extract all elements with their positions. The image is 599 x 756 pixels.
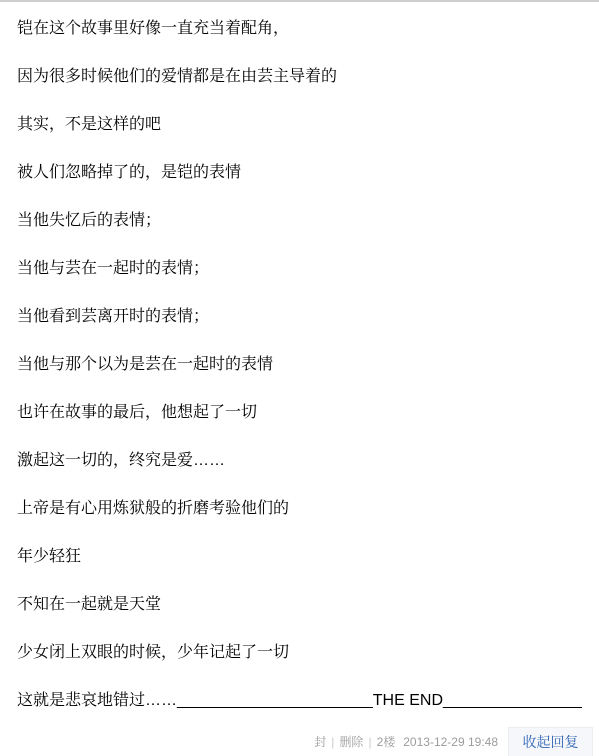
post-line: 其实，不是这样的吧 xyxy=(17,113,582,137)
post-line: 当他失忆后的表情； xyxy=(17,209,582,233)
post-content: 铠在这个故事里好像一直充当着配角， 因为很多时候他们的爱情都是在由芸主导着的 其… xyxy=(0,2,599,713)
post-line: 当他与那个以为是芸在一起时的表情 xyxy=(17,353,582,377)
post-line-the-end: 这就是悲哀地错过……______________________THE END_… xyxy=(17,689,582,713)
post-line: 因为很多时候他们的爱情都是在由芸主导着的 xyxy=(17,65,582,89)
post-line: 年少轻狂 xyxy=(17,545,582,569)
post-line: 少女闭上双眼的时候，少年记起了一切 xyxy=(17,641,582,665)
ban-link[interactable]: 封 xyxy=(314,735,326,749)
post-line: 不知在一起就是天堂 xyxy=(17,593,582,617)
post-line: 也许在故事的最后，他想起了一切 xyxy=(17,401,582,425)
tail-separator: | xyxy=(331,735,334,749)
delete-link[interactable]: 删除 xyxy=(339,735,363,749)
post-tail-info: 封|删除|2楼2013-12-29 19:48 xyxy=(314,733,498,750)
post-line: 被人们忽略掉了的，是铠的表情 xyxy=(17,161,582,185)
tail-separator: | xyxy=(368,735,371,749)
forum-post-page: 铠在这个故事里好像一直充当着配角， 因为很多时候他们的爱情都是在由芸主导着的 其… xyxy=(0,0,599,756)
post-line: 当他看到芸离开时的表情； xyxy=(17,305,582,329)
post-line: 激起这一切的，终究是爱…… xyxy=(17,449,582,473)
post-line: 上帝是有心用炼狱般的折磨考验他们的 xyxy=(17,497,582,521)
post-timestamp: 2013-12-29 19:48 xyxy=(403,735,498,749)
collapse-reply-button[interactable]: 收起回复 xyxy=(508,727,593,756)
floor-number: 2楼 xyxy=(377,735,396,749)
post-line: 当他与芸在一起时的表情； xyxy=(17,257,582,281)
post-footer: 封|删除|2楼2013-12-29 19:48 收起回复 xyxy=(314,727,593,756)
post-line: 铠在这个故事里好像一直充当着配角， xyxy=(17,17,582,41)
